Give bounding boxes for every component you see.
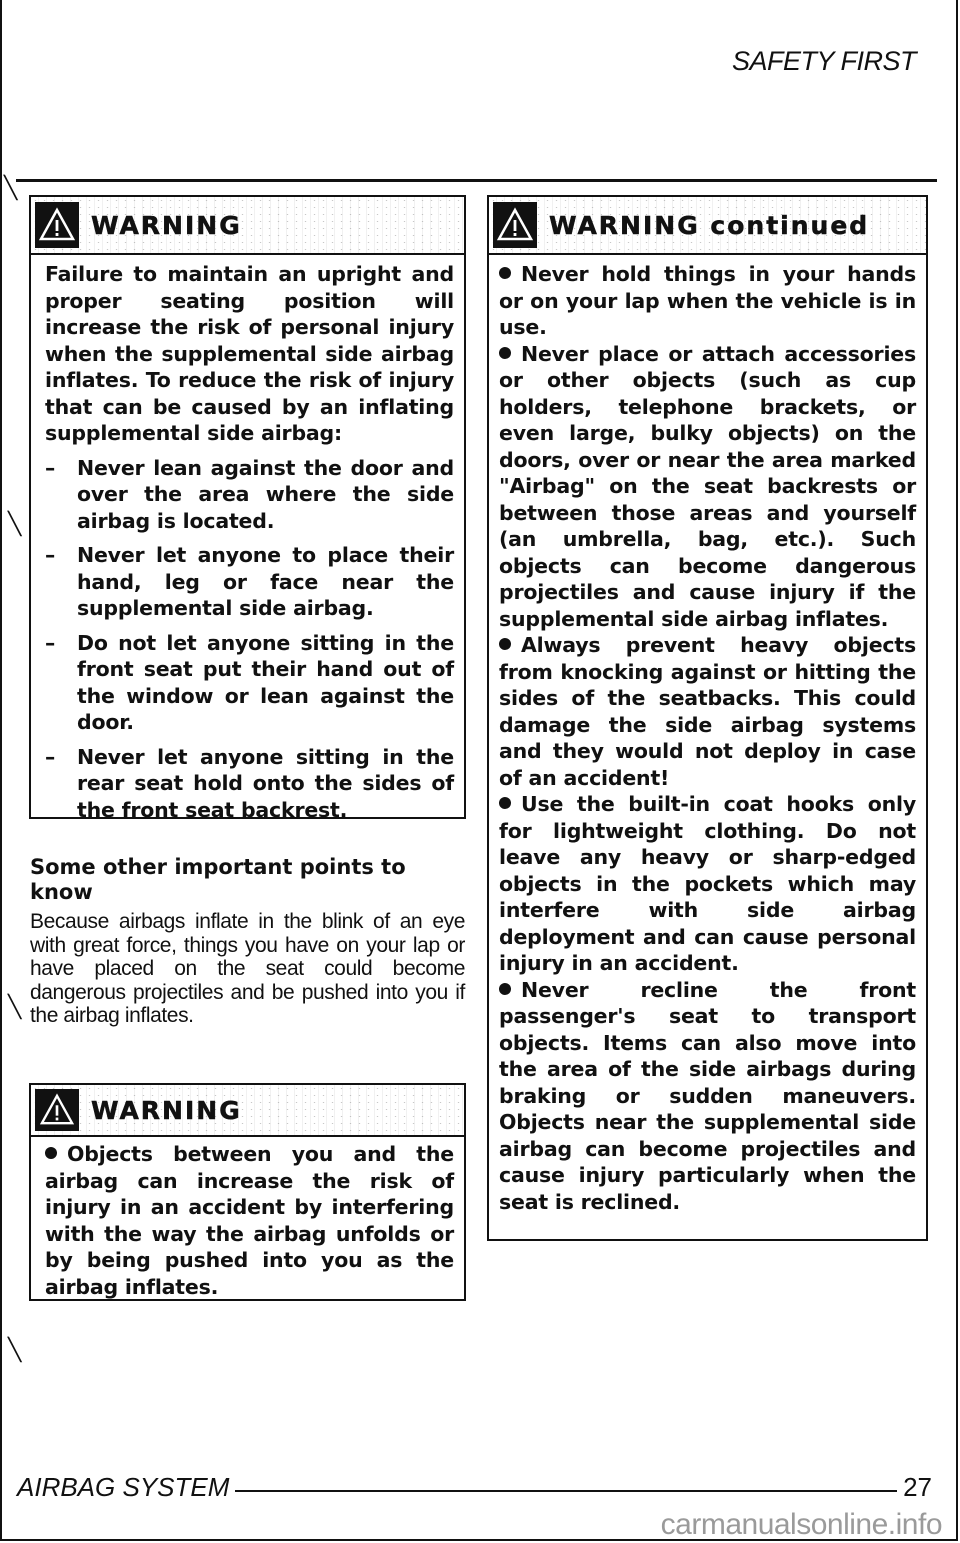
warning-title: WARNING — [91, 211, 242, 240]
warning-body: Never hold things in your hands or on yo… — [489, 255, 926, 1225]
running-head-title: SAFETY FIRST — [732, 46, 916, 77]
warning-box-seating-position: WARNING Failure to maintain an upright a… — [29, 195, 466, 819]
warning-item-text: Never let anyone to place their hand, le… — [77, 542, 454, 622]
header-rule — [16, 179, 937, 182]
warning-item-text: Never place or attach accessories or oth… — [499, 342, 916, 631]
watermark-link[interactable]: carmanualsonline.info — [661, 1508, 942, 1542]
warning-body: Objects between you and the airbag can i… — [31, 1137, 464, 1310]
warning-triangle-icon — [35, 1089, 79, 1131]
footer-rule — [235, 1490, 897, 1492]
warning-item-text: Never recline the front passenger's seat… — [499, 978, 916, 1214]
bullet-dot-icon — [499, 347, 511, 359]
warning-item-text: Never let anyone sitting in the rear sea… — [77, 744, 454, 824]
revision-mark-icon: ╲ — [4, 176, 17, 201]
warning-list-item: Never place or attach accessories or oth… — [499, 341, 916, 633]
warning-item-text: Do not let anyone sitting in the front s… — [77, 630, 454, 736]
bullet-dot-icon — [499, 983, 511, 995]
bullet-dot-icon — [499, 267, 511, 279]
warning-list-item: – Never lean against the door and over t… — [45, 455, 454, 535]
revision-mark-icon: ╲ — [8, 1338, 21, 1363]
page-number: 27 — [903, 1472, 932, 1503]
warning-item-text: Use the built-in coat hooks only for lig… — [499, 792, 916, 975]
warning-body: Failure to maintain an upright and prope… — [31, 255, 464, 833]
warning-triangle-icon — [35, 202, 79, 248]
manual-page: SAFETY FIRST ╲ ╲ ╲ ╲ WARNING Failure to … — [0, 0, 958, 1541]
dash-bullet: – — [45, 744, 77, 824]
warning-list-item: Objects between you and the airbag can i… — [45, 1141, 454, 1300]
warning-list-item: Never recline the front passenger's seat… — [499, 977, 916, 1216]
warning-item-text: Never hold things in your hands or on yo… — [499, 262, 916, 339]
warning-item-text: Never lean against the door and over the… — [77, 455, 454, 535]
revision-mark-icon: ╲ — [8, 512, 21, 537]
warning-list-item: – Do not let anyone sitting in the front… — [45, 630, 454, 736]
footer-section-title: AIRBAG SYSTEM — [17, 1472, 229, 1503]
warning-header: WARNING — [31, 197, 464, 255]
warning-item-text: Objects between you and the airbag can i… — [45, 1142, 454, 1299]
warning-list-item: – Never let anyone sitting in the rear s… — [45, 744, 454, 824]
warning-list-item: Use the built-in coat hooks only for lig… — [499, 791, 916, 977]
page-footer: AIRBAG SYSTEM 27 — [17, 1472, 932, 1503]
warning-list-item: Never hold things in your hands or on yo… — [499, 261, 916, 341]
warning-header: WARNING continued — [489, 197, 926, 255]
dash-bullet: – — [45, 455, 77, 535]
section-body-text: Because airbags inflate in the blink of … — [30, 910, 465, 1028]
warning-box-objects: WARNING Objects between you and the airb… — [29, 1083, 466, 1301]
warning-list-item: – Never let anyone to place their hand, … — [45, 542, 454, 622]
bullet-dot-icon — [499, 638, 511, 650]
warning-intro: Failure to maintain an upright and prope… — [45, 261, 454, 447]
section-heading: Some other important points to know — [30, 855, 450, 905]
bullet-dot-icon — [499, 797, 511, 809]
warning-header: WARNING — [31, 1085, 464, 1137]
warning-list-item: Always prevent heavy objects from knocki… — [499, 632, 916, 791]
warning-title: WARNING continued — [549, 211, 869, 240]
warning-title: WARNING — [91, 1096, 242, 1125]
dash-bullet: – — [45, 630, 77, 736]
warning-triangle-icon — [493, 202, 537, 248]
warning-box-continued: WARNING continued Never hold things in y… — [487, 195, 928, 1241]
revision-mark-icon: ╲ — [8, 995, 21, 1020]
dash-bullet: – — [45, 542, 77, 622]
warning-item-text: Always prevent heavy objects from knocki… — [499, 633, 916, 790]
bullet-dot-icon — [45, 1147, 57, 1159]
